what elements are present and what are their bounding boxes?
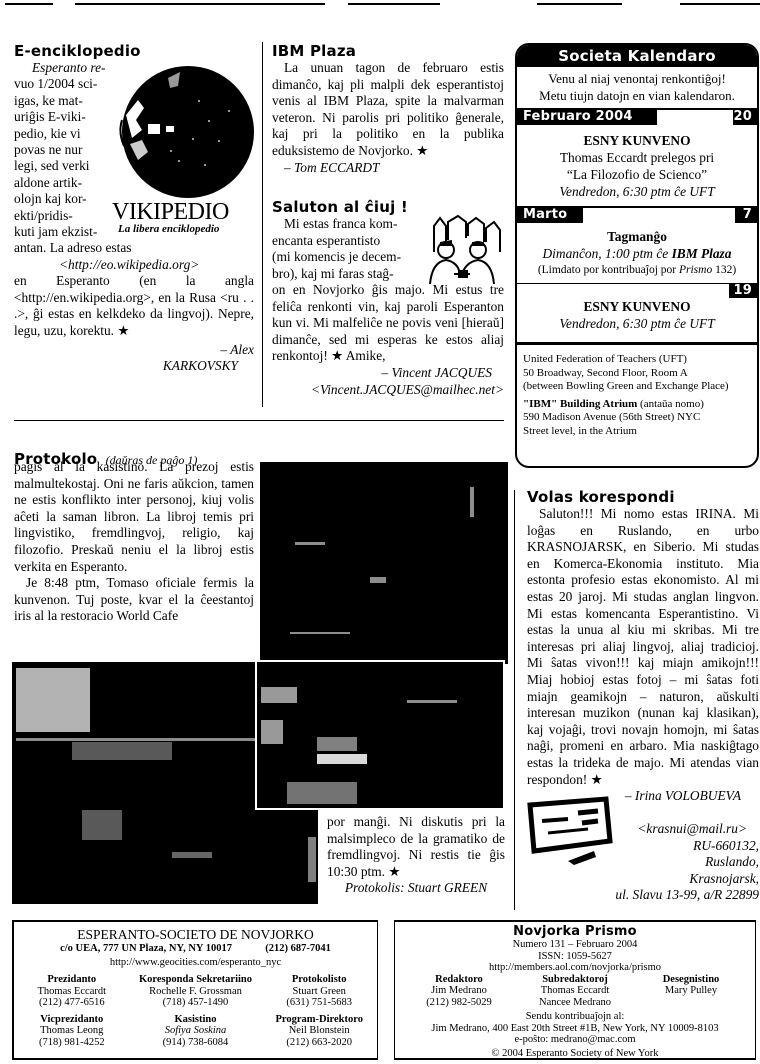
photo-detail: [172, 852, 212, 858]
calendar-event: Tagmanĝo Dimanĉon, 1:00 ptm ĉe IBM Plaza…: [517, 223, 757, 283]
text-line: Metu tiujn datojn en vian kalendaron.: [519, 87, 755, 104]
day-row: 19: [517, 284, 757, 298]
two-people-handshake-city-icon: [414, 212, 506, 284]
photo-detail: [72, 742, 172, 760]
venue-name: "IBM" Building Atrium (antaŭa nomo): [523, 398, 751, 412]
staff-line: Mary Pulley: [633, 985, 749, 997]
calendar-month: Marto: [523, 206, 567, 223]
article-title: E-enciklopedio: [14, 42, 141, 60]
email-link[interactable]: medrano@mac.com: [551, 1034, 636, 1045]
officer: Korespondа SekretariinoRochelle F. Gross…: [126, 974, 266, 1009]
prismo-title: Novjorka Prismo: [395, 925, 755, 939]
article-author: KARKOVSKY: [14, 358, 254, 375]
article-title: IBM Plaza: [272, 42, 356, 60]
article-body: pagis al la kasistino. La prezoj estis m…: [14, 459, 254, 625]
officer-name: Rochelle F. Grossman: [126, 986, 266, 998]
officer-role: Prezidanto: [18, 974, 126, 986]
calendar-day: 19: [729, 283, 758, 298]
staff-member: RedaktoroJim Medrano(212) 982-5029: [401, 974, 517, 1009]
band-gap: [583, 208, 735, 223]
article-body: Saluton!!! Mi nomo estas IRINA. Mi loĝas…: [527, 506, 759, 805]
prismo-issn: ISSN: 1059-5627: [395, 951, 755, 963]
note-text: 132): [712, 264, 736, 276]
contact-address: <krasnui@mail.ru> RU-660132, Ruslando, K…: [600, 821, 759, 887]
society-address: c/o UEA, 777 UN Plaza, NY, NY 10017: [60, 943, 232, 954]
text-line: ekti/pridis-: [14, 208, 109, 224]
top-rule-fragment: [5, 3, 53, 5]
text-line: Venu al niaj venontaj renkontiĝoj!: [519, 70, 755, 87]
text-paragraph: Saluton!!! Mi nomo estas IRINA. Mi loĝas…: [527, 506, 759, 788]
staff-line: Jim Medrano: [401, 985, 517, 997]
text-paragraph: en Esperanto (en la angla <http://en.wik…: [14, 273, 254, 339]
text-line: kuti jam ekzist-: [14, 224, 109, 240]
calendar-title: Societa Kalendaro: [517, 45, 757, 67]
send-label: Sendu kontribuaĵojn al:: [395, 1011, 755, 1023]
handshake-illustration: [414, 212, 506, 284]
article-author: – Alex: [14, 342, 254, 359]
calendar-event: ESNY KUNVENO Vendredon, 6:30 ptm ĉe UFT: [517, 298, 757, 342]
officer: VicprezidantoThomas Leong(718) 981-4252: [18, 1014, 126, 1049]
photo-detail: [317, 754, 367, 764]
officer-phone: (631) 751-5683: [265, 997, 373, 1009]
society-name: ESPERANTO-SOCIETO DE NOVJORKO: [14, 927, 377, 942]
vikipedio-logo: VIKIPEDIO La libera enciklopedio: [108, 60, 258, 240]
article-author: – Vincent JACQUES: [272, 365, 504, 382]
email-row: e-poŝto: medrano@mac.com: [395, 1034, 755, 1046]
text-line: Mi estas franca kom-: [272, 216, 422, 233]
society-calendar: Societa Kalendaro Venu al niaj venontaj …: [515, 43, 759, 468]
event-when: Vendredon, 6:30 ptm ĉe UFT: [517, 183, 757, 200]
photo-detail: [317, 737, 357, 751]
staff-line: (212) 982-5029: [401, 997, 517, 1009]
article-body-end: por manĝi. Ni diskutis pri la malsimplec…: [327, 814, 505, 897]
staff-line: Nancee Medrano: [517, 997, 633, 1009]
photo-detail: [287, 782, 357, 804]
top-rule-fragment: [348, 3, 440, 5]
event-when-text: Dimanĉon, 1:00 ptm ĉe: [543, 246, 672, 261]
officer-role: Kasistino: [126, 1014, 266, 1026]
photo-detail: [290, 632, 350, 634]
event-line: Thomas Eccardt prelegos pri: [517, 149, 757, 166]
address-line: ul. Slavu 13-99, a/R 22899: [540, 887, 759, 904]
column-divider: [514, 490, 515, 910]
top-rule-fragment: [537, 3, 622, 5]
article-title: Volas korespondi: [527, 488, 675, 506]
email-link[interactable]: <Vincent.JACQUES@mailhec.net>: [272, 382, 504, 399]
event-note: (Limdato por kontribuaĵoj por Prismo 132…: [517, 262, 757, 279]
article-author: Protokolis: Stuart GREEN: [327, 880, 505, 897]
event-when: Vendredon, 6:30 ptm ĉe UFT: [517, 315, 757, 332]
article-body-narrow: Esperanto re- vuo 1/2004 sci- igas, ke m…: [14, 60, 109, 240]
venue-uft: United Federation of Teachers (UFT) 50 B…: [517, 345, 757, 394]
photo-detail: [261, 720, 283, 744]
section-divider: [14, 420, 504, 421]
text-line: olojn kaj kor-: [14, 191, 109, 207]
officer: ProtokolistoStuart Green(631) 751-5683: [265, 974, 373, 1009]
officer-phone: (718) 981-4252: [18, 1037, 126, 1049]
photo-detail: [16, 738, 256, 741]
url-link[interactable]: <http://eo.wikipedia.org>: [14, 257, 254, 274]
venue-line: 590 Madison Avenue (56th Street) NYC: [523, 411, 751, 425]
text-paragraph: Je 8:48 ptm, Tomaso oficiale fermis la k…: [14, 575, 254, 625]
officer: Program-DirektoroNeil Blonstein(212) 663…: [265, 1014, 373, 1049]
event-line: “La Filozofio de Scienco”: [517, 166, 757, 183]
top-rule-fragment: [680, 3, 760, 5]
officer: PrezidantoThomas Eccardt(212) 477-6516: [18, 974, 126, 1009]
photo-detail: [308, 837, 316, 882]
vikipedio-tagline: La libera enciklopedio: [118, 223, 219, 235]
calendar-intro: Venu al niaj venontaj renkontiĝoj! Metu …: [517, 67, 757, 108]
officer-name: Sofiya Soskina: [126, 1025, 266, 1037]
address-line: Krasnojarsk,: [600, 871, 759, 888]
meeting-photo-3: [255, 660, 505, 810]
officer-phone: (914) 738-6084: [126, 1037, 266, 1049]
text-line: Esperanto re-: [14, 60, 109, 76]
society-address-row: c/o UEA, 777 UN Plaza, NY, NY 10017 (212…: [14, 943, 377, 955]
photo-detail: [370, 577, 386, 583]
column-divider: [262, 42, 263, 407]
officer: KasistinoSofiya Soskina(914) 738-6084: [126, 1014, 266, 1049]
prismo-url[interactable]: http://members.aol.com/novjorka/prismo: [395, 962, 755, 974]
calendar-month-band: Marto 7: [517, 206, 757, 223]
event-title: ESNY KUNVENO: [517, 132, 757, 149]
note-italic: Prismo: [679, 264, 712, 276]
photo-detail: [82, 810, 122, 840]
staff-role: Subredaktoroj: [517, 974, 633, 986]
prismo-issue: Numero 131 – Februaro 2004: [395, 939, 755, 951]
society-phone: (212) 687-7041: [265, 943, 331, 954]
article-body: La unuan tagon de februaro estis dimanĉo…: [272, 60, 504, 176]
text-line: uriĝis E-viki-: [14, 109, 109, 125]
officer-phone: (718) 457-1490: [126, 997, 266, 1009]
note-text: (Limdato por kontribuaĵoj por: [538, 264, 679, 276]
event-place: IBM Plaza: [672, 246, 732, 261]
staff-role: Redaktoro: [401, 974, 517, 986]
staff-member: SubredaktorojThomas EccardtNancee Medran…: [517, 974, 633, 1009]
officer-name: Neil Blonstein: [265, 1025, 373, 1037]
text-line: aldone artik-: [14, 175, 109, 191]
venue-line: Street level, in the Atrium: [523, 425, 751, 439]
text-paragraph: La unuan tagon de februaro estis dimanĉo…: [272, 60, 504, 160]
staff-grid: RedaktoroJim Medrano(212) 982-5029 Subre…: [395, 974, 755, 1009]
text-line: legi, sed verki: [14, 158, 109, 174]
event-title: Tagmanĝo: [517, 228, 757, 245]
officers-grid: PrezidantoThomas Eccardt(212) 477-6516 K…: [14, 974, 377, 1048]
prismo-masthead-box: Novjorka Prismo Numero 131 – Februaro 20…: [394, 920, 756, 1060]
article-author: – Tom ECCARDT: [272, 160, 504, 177]
officer-role: Protokolisto: [265, 974, 373, 986]
text-line: bro), kaj mi faras staĝ-: [272, 266, 422, 283]
vikipedio-wordmark: VIKIPEDIO: [112, 200, 229, 224]
officer-role: Vicprezidanto: [18, 1014, 126, 1026]
society-info-box: ESPERANTO-SOCIETO DE NOVJORKO c/o UEA, 7…: [12, 920, 378, 1060]
officer-name: Thomas Eccardt: [18, 986, 126, 998]
venue-ibm: "IBM" Building Atrium (antaŭa nomo) 590 …: [517, 394, 757, 439]
band-gap: [657, 110, 733, 125]
meeting-photo-1: [260, 462, 508, 664]
venue-name-text: "IBM" Building Atrium: [523, 398, 637, 410]
society-url[interactable]: http://www.geocities.com/esperanto_nyc: [14, 957, 377, 969]
top-rule-fragment: [75, 3, 325, 5]
text-line: (mi komencis je decem-: [272, 249, 422, 266]
article-body: antan. La adreso estas <http://eo.wikipe…: [14, 240, 254, 375]
address-line: Ruslando,: [600, 854, 759, 871]
photo-detail: [470, 487, 474, 517]
calendar-event: ESNY KUNVENO Thomas Eccardt prelegos pri…: [517, 125, 757, 206]
photo-detail: [16, 668, 90, 732]
officer-name: Stuart Green: [265, 986, 373, 998]
staff-member: DesegnistinoMary Pulley: [633, 974, 749, 1009]
send-address: Jim Medrano, 400 East 20th Street #1B, N…: [395, 1023, 755, 1035]
venue-name: United Federation of Teachers (UFT): [523, 353, 751, 367]
text-line: povas ne nur: [14, 142, 109, 158]
article-title: Saluton al ĉiuj !: [272, 198, 408, 216]
officer-role: Korespondа Sekretariino: [126, 974, 266, 986]
photo-detail: [261, 687, 297, 703]
officer-phone: (212) 663-2020: [265, 1037, 373, 1049]
text-line: antan. La adreso estas: [14, 240, 254, 257]
email-label: e-poŝto:: [514, 1034, 548, 1045]
calendar-day: 7: [743, 206, 752, 223]
text-paragraph: pagis al la kasistino. La prezoj estis m…: [14, 459, 254, 575]
text-line: vuo 1/2004 sci-: [14, 76, 109, 92]
venue-line: 50 Broadway, Second Floor, Room A: [523, 367, 751, 381]
calendar-month-band: Februaro 2004 20: [517, 108, 757, 125]
calendar-month: Februaro 2004: [523, 108, 633, 125]
officer-role: Program-Direktoro: [265, 1014, 373, 1026]
email-link[interactable]: <krasnui@mail.ru>: [600, 821, 759, 838]
text-paragraph: on en Novjorko ĝis majo. Mi estus tre fe…: [272, 282, 504, 365]
event-when: Dimanĉon, 1:00 ptm ĉe IBM Plaza: [517, 245, 757, 262]
text-line: igas, ke mat-: [14, 93, 109, 109]
officer-name: Thomas Leong: [18, 1025, 126, 1037]
officer-phone: (212) 477-6516: [18, 997, 126, 1009]
wikipedia-globe-icon: [108, 60, 258, 200]
calendar-day: 20: [734, 108, 753, 125]
envelope-letter-icon: [524, 795, 614, 865]
article-body: on en Novjorko ĝis majo. Mi estus tre fe…: [272, 282, 504, 398]
copyright: © 2004 Esperanto Society of New York: [395, 1048, 755, 1060]
article-body-narrow: Mi estas franca kom- encanta esperantist…: [272, 216, 422, 282]
photo-detail: [407, 700, 457, 703]
photo-detail: [295, 542, 325, 545]
address-line: RU-660132,: [600, 838, 759, 855]
venue-name-suffix: (antaŭa nomo): [637, 398, 704, 410]
text-paragraph: por manĝi. Ni diskutis pri la malsimplec…: [327, 814, 505, 880]
envelope-illustration: [524, 795, 614, 865]
event-title: ESNY KUNVENO: [517, 298, 757, 315]
text-line: encanta esperantisto: [272, 233, 422, 250]
staff-line: Thomas Eccardt: [517, 985, 633, 997]
venue-line: (between Bowling Green and Exchange Plac…: [523, 380, 751, 394]
staff-role: Desegnistino: [633, 974, 749, 986]
text-line: pedio, kie vi: [14, 126, 109, 142]
